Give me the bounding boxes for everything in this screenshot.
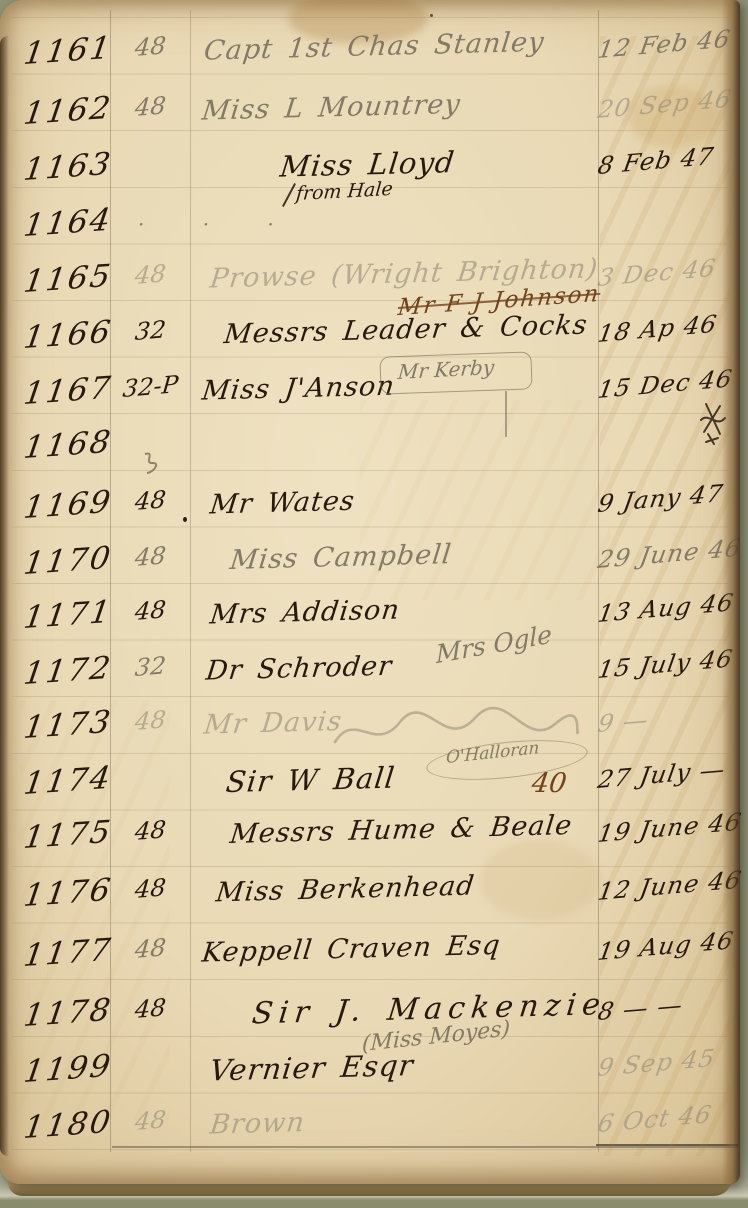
row-number: 1163 [21,146,111,188]
row-size: 32 [111,649,190,684]
annotation-kerby-tail [505,391,507,437]
row-number: 1171 [21,594,111,636]
row-number: 1178 [21,992,111,1034]
row-number: 1177 [21,932,111,974]
row-number: 1173 [21,704,111,746]
row-size: 48 [111,991,190,1026]
row-size: 48 [111,593,190,628]
ledger-paper: 116148Capt 1st Chas Stanley12 Feb 461162… [0,0,740,1184]
ledger-row: 117648Miss Berkenhead12 June 46 [0,878,740,934]
page-right-edge [722,0,740,1184]
ledger-row: 117148Mrs Addison13 Aug 46 [0,600,740,656]
row-size: 32 [111,313,190,348]
row-size: 48 [111,483,190,518]
row-size: 48 [111,257,190,292]
ink-speck [430,14,433,17]
row-size: 48 [111,539,190,574]
ledger-row: 117548Messrs Hume & Beale19 June 46 [0,820,740,876]
row-size: 48 [111,29,190,64]
row-size: 48 [111,703,190,738]
ledger-row: 116632Messrs Leader & Cocks18 Ap 46 [0,320,740,376]
ledger-row: 1168 [0,430,740,486]
row-size: 32-P [111,369,190,404]
row-number: 1172 [21,650,111,692]
row-size: 48 [111,871,190,906]
row-size: 48 [111,813,190,848]
ledger-row: 1199Vernier Esqr9 Sep 45 [0,1054,740,1110]
ledger-row: 1164 [0,208,740,264]
ledger-row: 118048Brown6 Oct 46 [0,1110,740,1166]
ledger-row: 116148Capt 1st Chas Stanley12 Feb 46 [0,36,740,92]
row-number: 1175 [21,814,111,856]
row-number: 1180 [21,1104,111,1146]
row-size: 48 [111,1103,190,1138]
row-number: 1199 [21,1048,111,1090]
annotation-dots-1164: · · · [138,212,300,236]
row-number: 1176 [21,872,111,914]
row-number: 1169 [21,484,111,526]
row-number: 1166 [21,314,111,356]
row-number: 1170 [21,540,111,582]
row-number: 1161 [21,30,111,72]
row-size: 48 [111,89,190,124]
row-size: 48 [111,931,190,966]
row-number: 1168 [21,424,111,466]
annotation-kerby: Mr Kerby [397,355,495,384]
row-number: 1165 [21,258,111,300]
row-number: 1167 [21,370,111,412]
annotation-forty: 40 [530,768,569,799]
binding-shadow [0,36,9,1156]
ledger-page-scan: 116148Capt 1st Chas Stanley12 Feb 461162… [0,0,748,1208]
pencil-squiggle-1168 [140,450,162,476]
row-number: 1162 [21,90,111,132]
row-number: 1164 [21,202,111,244]
row-number: 1174 [21,760,111,802]
